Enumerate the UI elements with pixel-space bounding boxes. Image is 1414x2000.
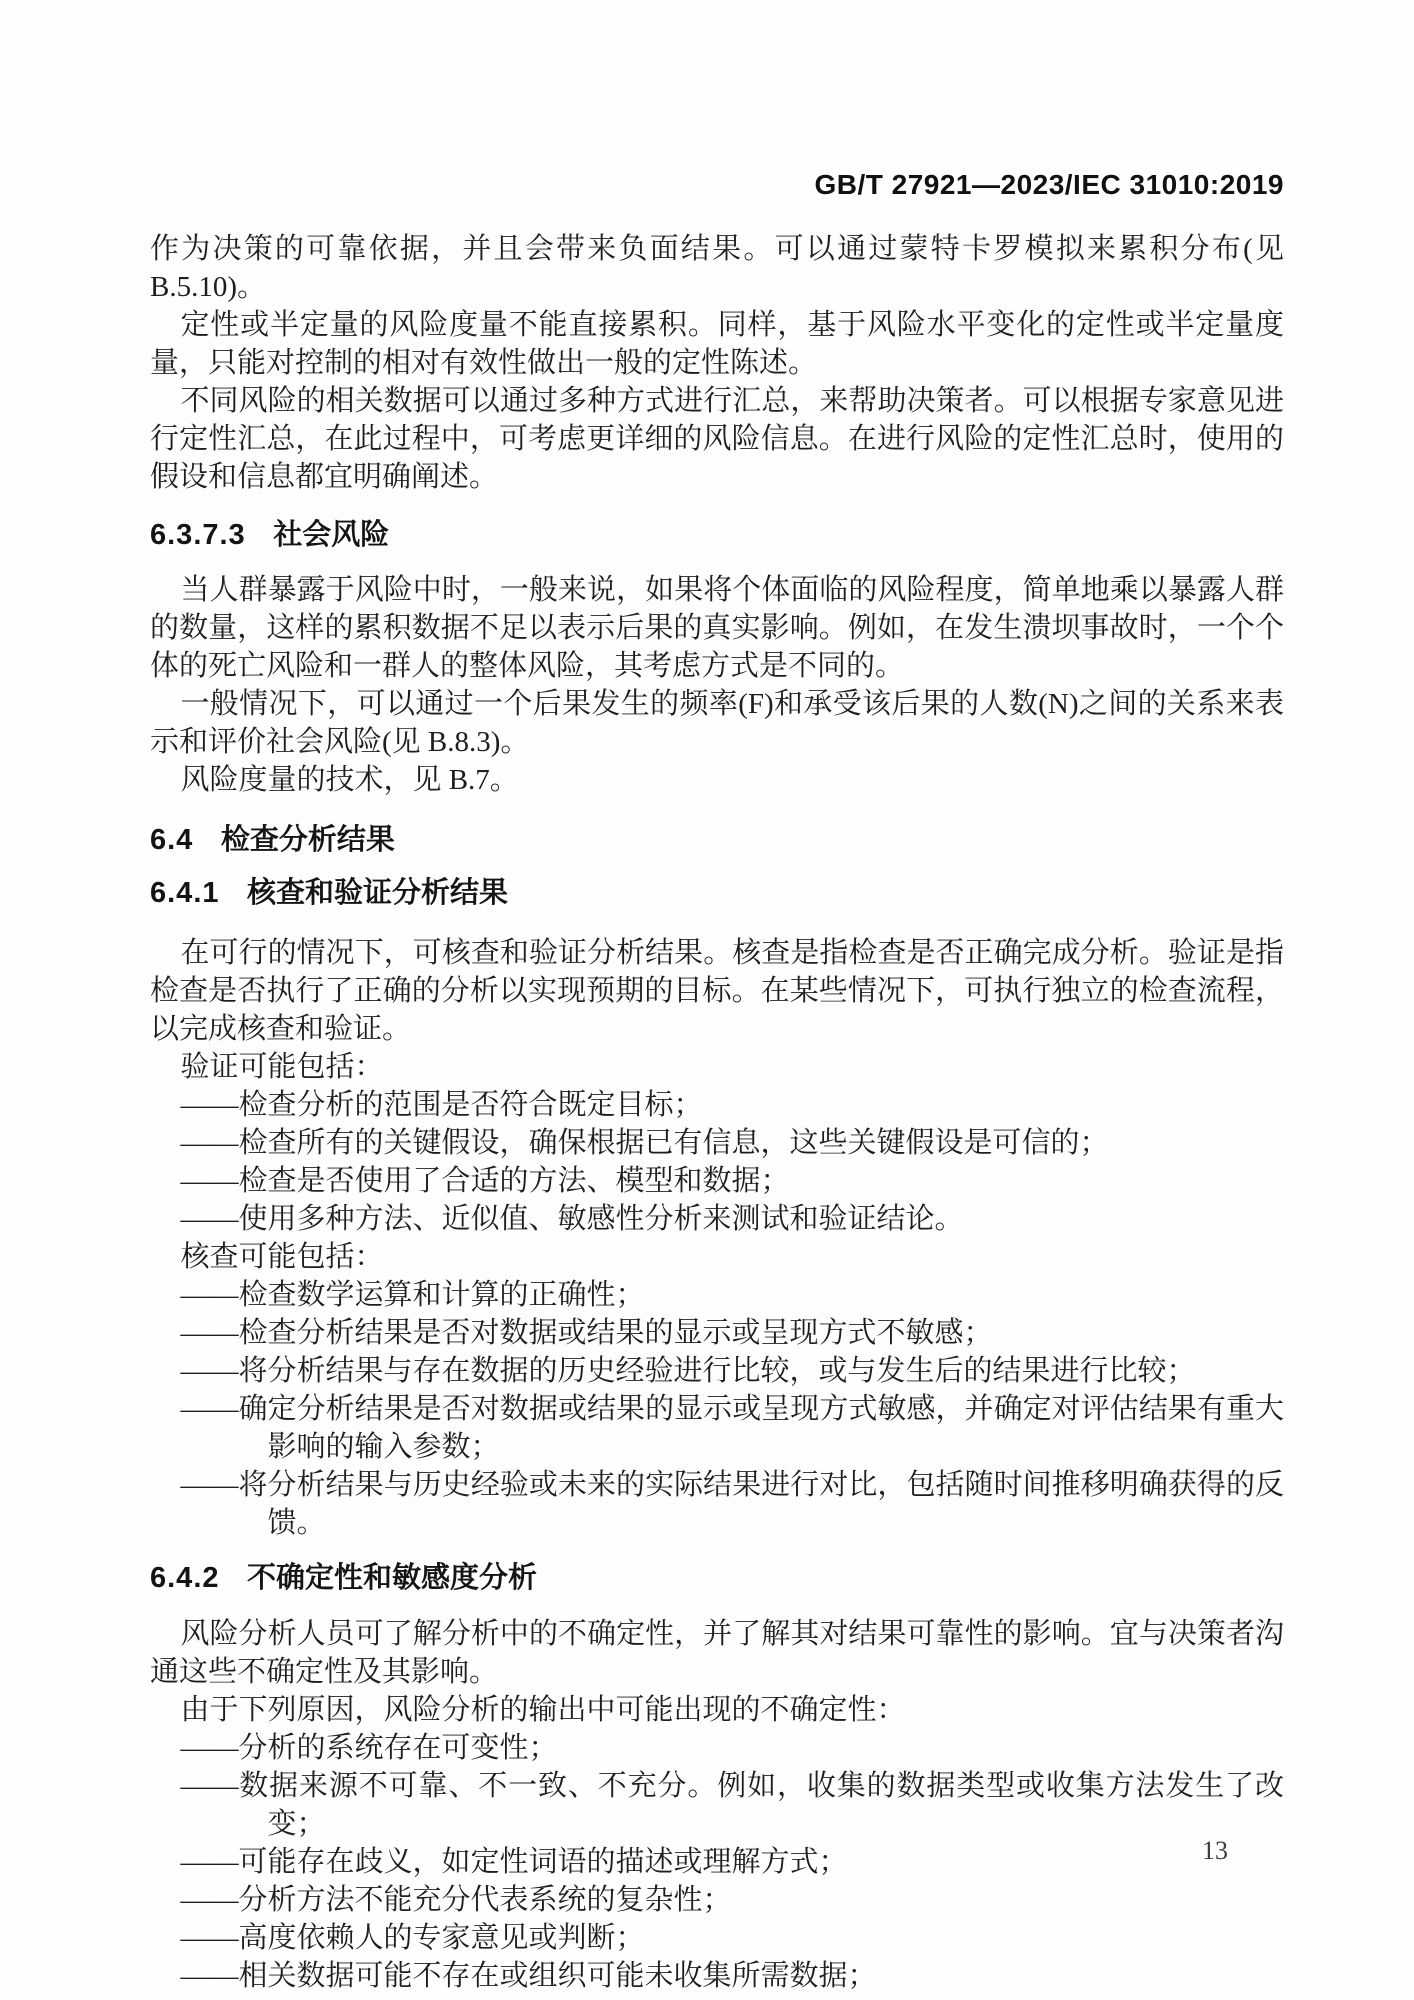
page-content: GB/T 27921—2023/IEC 31010:2019 作为决策的可靠依据… [150, 168, 1284, 1995]
list-item: ——分析方法不能充分代表系统的复杂性； [180, 1881, 1284, 1919]
dash-list-checking: ——检查数学运算和计算的正确性； ——检查分析结果是否对数据或结果的显示或呈现方… [150, 1276, 1284, 1542]
paragraph-uncertainty-intro: 风险分析人员可了解分析中的不确定性，并了解其对结果可靠性的影响。宜与决策者沟通这… [150, 1615, 1284, 1691]
running-header: GB/T 27921—2023/IEC 31010:2019 [150, 168, 1284, 202]
clause-title: 不确定性和敏感度分析 [247, 1562, 537, 1594]
paragraph-verify-intro: 在可行的情况下，可核查和验证分析结果。核查是指检查是否正确完成分析。验证是指检查… [150, 934, 1284, 1048]
list-item: ——确定分析结果是否对数据或结果的显示或呈现方式敏感，并确定对评估结果有重大影响… [180, 1390, 1284, 1466]
list-item: ——可能存在歧义，如定性词语的描述或理解方式； [180, 1843, 1284, 1881]
clause-number: 6.4 [150, 824, 193, 856]
clause-heading-6-4-2: 6.4.2不确定性和敏感度分析 [150, 1559, 1284, 1597]
list-item: ——分析的系统存在可变性； [180, 1729, 1284, 1767]
dash-list-verification: ——检查分析的范围是否符合既定目标； ——检查所有的关键假设，确保根据已有信息，… [150, 1086, 1284, 1238]
paragraph-check-lead: 核查可能包括： [150, 1238, 1284, 1276]
list-item: ——高度依赖人的专家意见或判断； [180, 1919, 1284, 1957]
list-item: ——使用多种方法、近似值、敏感性分析来测试和验证结论。 [180, 1200, 1284, 1238]
clause-number: 6.3.7.3 [150, 519, 246, 551]
paragraph-qualitative-measures: 定性或半定量的风险度量不能直接累积。同样，基于风险水平变化的定性或半定量度量，只… [150, 306, 1284, 382]
list-item: ——检查是否使用了合适的方法、模型和数据； [180, 1162, 1284, 1200]
clause-number: 6.4.1 [150, 877, 220, 909]
clause-heading-6-4-1: 6.4.1核查和验证分析结果 [150, 874, 1284, 912]
clause-heading-6-3-7-3: 6.3.7.3社会风险 [150, 516, 1284, 554]
list-item: ——检查分析结果是否对数据或结果的显示或呈现方式不敏感； [180, 1314, 1284, 1352]
paragraph-societal-risk-2: 一般情况下，可以通过一个后果发生的频率(F)和承受该后果的人数(N)之间的关系来… [150, 685, 1284, 761]
dash-list-uncertainty: ——分析的系统存在可变性； ——数据来源不可靠、不一致、不充分。例如，收集的数据… [150, 1729, 1284, 1995]
list-item: ——检查所有的关键假设，确保根据已有信息，这些关键假设是可信的； [180, 1124, 1284, 1162]
page-number: 13 [1202, 1836, 1228, 1866]
paragraph-uncertainty-lead: 由于下列原因，风险分析的输出中可能出现的不确定性： [150, 1691, 1284, 1729]
paragraph-verify-lead: 验证可能包括： [150, 1048, 1284, 1086]
clause-title: 社会风险 [273, 519, 389, 551]
list-item: ——相关数据可能不存在或组织可能未收集所需数据； [180, 1957, 1284, 1995]
list-item: ——检查数学运算和计算的正确性； [180, 1276, 1284, 1314]
paragraph-carryover: 作为决策的可靠依据，并且会带来负面结果。可以通过蒙特卡罗模拟来累积分布(见 B.… [150, 230, 1284, 306]
paragraph-societal-risk-1: 当人群暴露于风险中时，一般来说，如果将个体面临的风险程度，简单地乘以暴露人群的数… [150, 571, 1284, 685]
clause-title: 检查分析结果 [221, 824, 395, 856]
clause-number: 6.4.2 [150, 1562, 220, 1594]
list-item: ——将分析结果与存在数据的历史经验进行比较，或与发生后的结果进行比较； [180, 1352, 1284, 1390]
paragraph-societal-risk-3: 风险度量的技术，见 B.7。 [150, 761, 1284, 799]
clause-title: 核查和验证分析结果 [247, 877, 508, 909]
paragraph-aggregation: 不同风险的相关数据可以通过多种方式进行汇总，来帮助决策者。可以根据专家意见进行定… [150, 382, 1284, 496]
list-item: ——将分析结果与历史经验或未来的实际结果进行对比，包括随时间推移明确获得的反馈。 [180, 1466, 1284, 1542]
list-item: ——数据来源不可靠、不一致、不充分。例如，收集的数据类型或收集方法发生了改变； [180, 1767, 1284, 1843]
clause-heading-6-4: 6.4检查分析结果 [150, 821, 1284, 859]
list-item: ——检查分析的范围是否符合既定目标； [180, 1086, 1284, 1124]
document-page: GB/T 27921—2023/IEC 31010:2019 作为决策的可靠依据… [0, 0, 1414, 2000]
